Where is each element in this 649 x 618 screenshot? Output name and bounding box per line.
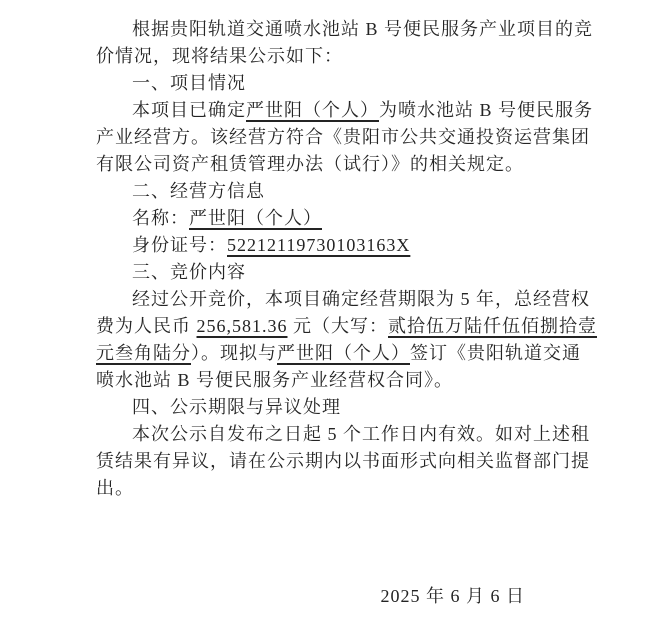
document-text: 费为人民币 [96,316,197,336]
underlined-text: 严世阳（个人） [246,100,379,120]
document-text: 本次公示自发布之日起 5 个工作日内有效。如对上述租 [132,424,590,444]
document-text: 四、公示期限与异议处理 [132,397,341,417]
document-text: 经过公开竞价，本项目确定经营期限为 5 年，总经营权 [132,289,590,309]
document-line: 经过公开竞价，本项目确定经营期限为 5 年，总经营权 [96,286,592,313]
document-text: 出。 [96,478,134,498]
document-line: 根据贵阳轨道交通喷水池站 B 号便民服务产业项目的竞 [96,16,592,43]
document-line: 喷水池站 B 号便民服务产业经营权合同》。 [96,367,592,394]
document-body: 根据贵阳轨道交通喷水池站 B 号便民服务产业项目的竞价情况，现将结果公示如下：一… [96,16,592,502]
document-text: 喷水池站 B 号便民服务产业经营权合同》。 [96,370,453,390]
document-text: 本项目已确定 [132,100,246,120]
document-text: 身份证号： [132,235,227,255]
document-line: 产业经营方。该经营方符合《贵阳市公共交通投资运营集团 [96,124,592,151]
document-line: 三、竞价内容 [96,259,592,286]
underlined-text: 严世阳（个人） [189,208,322,228]
document-date: 2025 年 6 月 6 日 [96,583,592,610]
document-line: 一、项目情况 [96,70,592,97]
document-line: 费为人民币 256,581.36 元（大写：贰拾伍万陆仟伍佰捌拾壹 [96,313,592,340]
document-line: 出。 [96,475,592,502]
document-line: 身份证号：52212119730103163X [96,232,592,259]
underlined-text: 元叁角陆分 [96,343,191,363]
document-text: 名称： [132,208,189,228]
document-text: 为喷水池站 B 号便民服务 [379,100,593,120]
document-line: 有限公司资产租赁管理办法（试行）》的相关规定。 [96,151,592,178]
announcement-document: 根据贵阳轨道交通喷水池站 B 号便民服务产业项目的竞价情况，现将结果公示如下：一… [0,0,649,618]
document-text: 三、竞价内容 [132,262,246,282]
document-line: 名称：严世阳（个人） [96,205,592,232]
document-text: 元（大写： [288,316,389,336]
document-text: 二、经营方信息 [132,181,265,201]
underlined-text: 52212119730103163X [227,235,410,255]
document-text: 一、项目情况 [132,73,246,93]
document-line: 本次公示自发布之日起 5 个工作日内有效。如对上述租 [96,421,592,448]
document-text: 有限公司资产租赁管理办法（试行）》的相关规定。 [96,154,524,174]
document-text: 价情况，现将结果公示如下： [96,46,343,66]
document-text: 产业经营方。该经营方符合《贵阳市公共交通投资运营集团 [96,127,590,147]
document-line: 赁结果有异议，请在公示期内以书面形式向相关监督部门提 [96,448,592,475]
document-line: 价情况，现将结果公示如下： [96,43,592,70]
document-line: 元叁角陆分）。现拟与严世阳（个人）签订《贵阳轨道交通 [96,340,592,367]
document-text: 根据贵阳轨道交通喷水池站 B 号便民服务产业项目的竞 [132,19,593,39]
document-text: ）。现拟与 [191,343,277,363]
document-line: 本项目已确定严世阳（个人）为喷水池站 B 号便民服务 [96,97,592,124]
document-line: 二、经营方信息 [96,178,592,205]
document-line: 四、公示期限与异议处理 [96,394,592,421]
document-text: 签订《贵阳轨道交通 [410,343,581,363]
document-text: 赁结果有异议，请在公示期内以书面形式向相关监督部门提 [96,451,590,471]
underlined-text: 严世阳（个人） [277,343,410,363]
underlined-text: 256,581.36 [197,316,288,336]
underlined-text: 贰拾伍万陆仟伍佰捌拾壹 [388,316,597,336]
